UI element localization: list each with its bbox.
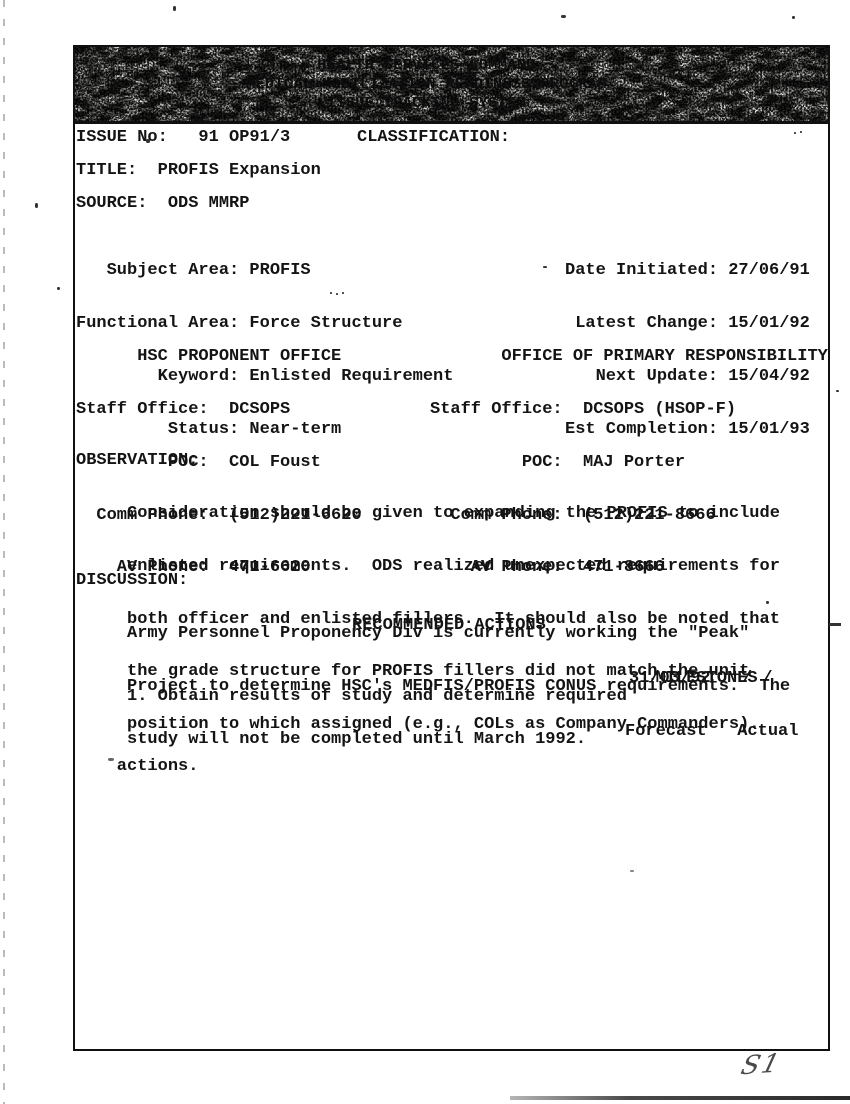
subject-area-row: Subject Area: PROFIS: [76, 262, 453, 280]
scan-speck: [336, 293, 338, 295]
header-line-1: HEALTH SERVICES COMMAND: [75, 56, 803, 75]
handwritten-mark: S1: [738, 1051, 784, 1080]
scan-dash-artifact: [829, 623, 841, 626]
scan-speck: [836, 390, 839, 392]
opr-staff-office-row: Staff Office: DCSOPS (HSOP-F): [430, 401, 828, 419]
opr-heading: OFFICE OF PRIMARY RESPONSIBILITY: [430, 348, 828, 366]
scan-speck: [342, 292, 344, 294]
scanned-document-page: HEALTH SERVICES COMMAND MEDICAL MOBILIZA…: [0, 0, 850, 1104]
header-line-2: MEDICAL MOBILIZATION READINESS PROGRAM: [75, 75, 803, 94]
scan-speck: [561, 15, 566, 18]
header-line-3: ISSUE TRACKING SYSTEM: [75, 94, 803, 113]
scan-speck: [766, 601, 769, 604]
discussion-heading: DISCUSSION:: [76, 572, 790, 590]
title-line: TITLE: PROFIS Expansion: [76, 162, 321, 180]
proponent-staff-office-row: Staff Office: DCSOPS: [76, 401, 362, 419]
scan-speck: [57, 287, 60, 290]
observation-text-line: Consideration should be given to expandi…: [76, 505, 780, 523]
action-1-text-continued: actions.: [76, 758, 836, 776]
document-header-title: HEALTH SERVICES COMMAND MEDICAL MOBILIZA…: [75, 47, 803, 113]
proponent-office-heading: HSC PROPONENT OFFICE: [76, 348, 362, 366]
scan-speck: [800, 131, 802, 133]
source-line: SOURCE: ODS MMRP: [76, 195, 249, 213]
scan-speck: [792, 16, 795, 19]
scan-artifact-bottom-line: [510, 1096, 850, 1100]
header-band: HEALTH SERVICES COMMAND MEDICAL MOBILIZA…: [75, 47, 828, 124]
scan-speck: [35, 203, 38, 208]
scan-speck: [794, 132, 796, 134]
date-initiated-row: Date Initiated: 27/06/91: [565, 262, 810, 280]
action-1-actual-date: / /: [742, 670, 773, 688]
action-item-1: 1. Obtain results of study and determine…: [76, 670, 836, 811]
scan-speck: [630, 870, 634, 872]
scan-speck: [543, 266, 547, 268]
scan-speck: [173, 6, 176, 11]
action-1-text: 1. Obtain results of study and determine…: [117, 687, 627, 706]
scan-artifact-left-line: [3, 0, 5, 1104]
action-1-forecast-date: 31/03/92: [629, 670, 711, 688]
scan-speck: [330, 292, 332, 294]
scan-speck: [146, 139, 150, 143]
classification-label: CLASSIFICATION:: [357, 129, 510, 147]
issue-number-line: ISSUE No: 91 OP91/3: [76, 129, 290, 147]
scan-speck: [108, 758, 114, 761]
recommended-actions-heading: RECOMMENDED ACTIONS: [352, 617, 546, 635]
observation-heading: OBSERVATION:: [76, 452, 780, 470]
scan-speck: [110, 114, 113, 117]
